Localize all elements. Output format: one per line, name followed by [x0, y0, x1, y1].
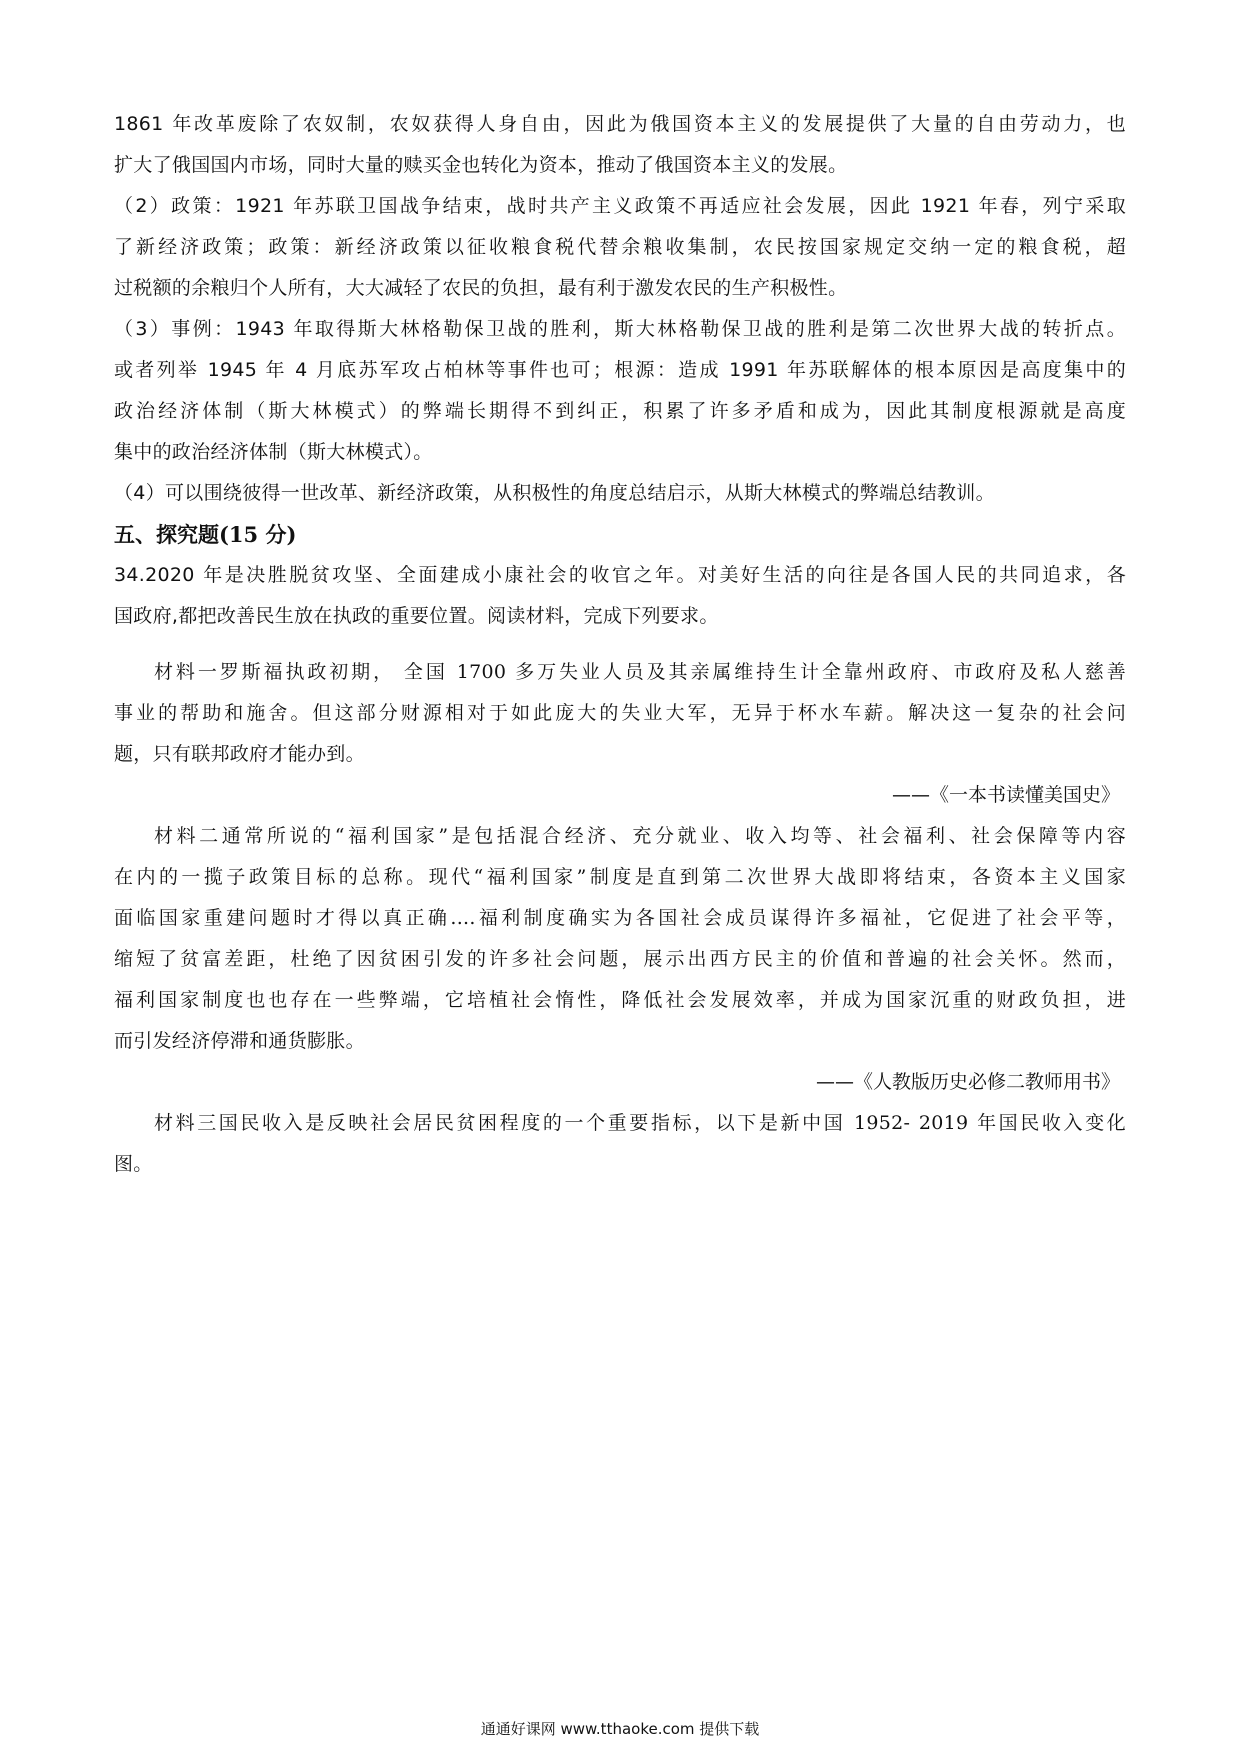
text-line: 材料二通常所说的“福利国家”是包括混合经济、充分就业、收入均等、社会福利、社会保…: [114, 816, 1126, 857]
material-1: 材料一罗斯福执政初期， 全国 1700 多万失业人员及其亲属维持生计全靠州政府、…: [114, 652, 1126, 775]
text-line: 国政府,都把改善民生放在执政的重要位置。阅读材料，完成下列要求。: [114, 596, 1126, 637]
answer-part4: （4）可以围绕彼得一世改革、新经济政策，从积极性的角度总结启示，从斯大林模式的弊…: [114, 473, 1126, 514]
text-line: （3）事例：1943 年取得斯大林格勒保卫战的胜利，斯大林格勒保卫战的胜利是第二…: [114, 309, 1126, 350]
text-line: 扩大了俄国国内市场，同时大量的赎买金也转化为资本，推动了俄国资本主义的发展。: [114, 145, 1126, 186]
text-line: 而引发经济停滞和通货膨胀。: [114, 1021, 1126, 1062]
text-line: 在内的一揽子政策目标的总称。现代“福利国家”制度是直到第二次世界大战即将结束，各…: [114, 857, 1126, 898]
text-line: 集中的政治经济体制（斯大林模式）。: [114, 432, 1126, 473]
answer-part2: （2）政策：1921 年苏联卫国战争结束，战时共产主义政策不再适应社会发展，因此…: [114, 186, 1126, 309]
text-line: 图。: [114, 1144, 1126, 1185]
text-line: 材料一罗斯福执政初期， 全国 1700 多万失业人员及其亲属维持生计全靠州政府、…: [114, 652, 1126, 693]
text-line: 政治经济体制（斯大林模式）的弊端长期得不到纠正，积累了许多矛盾和成为，因此其制度…: [114, 391, 1126, 432]
text-line: （4）可以围绕彼得一世改革、新经济政策，从积极性的角度总结启示，从斯大林模式的弊…: [114, 473, 1126, 514]
text-line: 面临国家重建问题时才得以真正确....福利制度确实为各国社会成员谋得许多福祉，它…: [114, 898, 1126, 939]
answer-part1-continued: 1861 年改革废除了农奴制，农奴获得人身自由，因此为俄国资本主义的发展提供了大…: [114, 104, 1126, 186]
text-line: 材料三国民收入是反映社会居民贫困程度的一个重要指标，以下是新中国 1952- 2…: [114, 1103, 1126, 1144]
text-line: （2）政策：1921 年苏联卫国战争结束，战时共产主义政策不再适应社会发展，因此…: [114, 186, 1126, 227]
footer-watermark: 通通好课网 www.tthaoke.com 提供下载: [0, 1718, 1240, 1739]
section-heading: 五、探究题(15 分): [114, 514, 1126, 555]
text-line: 了新经济政策；政策：新经济政策以征收粮食税代替余粮收集制，农民按国家规定交纳一定…: [114, 227, 1126, 268]
text-line: 事业的帮助和施舍。但这部分财源相对于如此庞大的失业大军，无异于杯水车薪。解决这一…: [114, 693, 1126, 734]
text-line: 缩短了贫富差距，杜绝了因贫困引发的许多社会问题，展示出西方民主的价值和普遍的社会…: [114, 939, 1126, 980]
material-1-source: ——《一本书读懂美国史》: [114, 775, 1126, 816]
text-line: 或者列举 1945 年 4 月底苏军攻占柏林等事件也可；根源：造成 1991 年…: [114, 350, 1126, 391]
text-line: 1861 年改革废除了农奴制，农奴获得人身自由，因此为俄国资本主义的发展提供了大…: [114, 104, 1126, 145]
question-34-stem: 34.2020 年是决胜脱贫攻坚、全面建成小康社会的收官之年。对美好生活的向往是…: [114, 555, 1126, 637]
material-3: 材料三国民收入是反映社会居民贫困程度的一个重要指标，以下是新中国 1952- 2…: [114, 1103, 1126, 1185]
text-line: 34.2020 年是决胜脱贫攻坚、全面建成小康社会的收官之年。对美好生活的向往是…: [114, 555, 1126, 596]
text-line: 福利国家制度也也存在一些弊端，它培植社会惰性，降低社会发展效率，并成为国家沉重的…: [114, 980, 1126, 1021]
material-2-source: ——《人教版历史必修二教师用书》: [114, 1062, 1126, 1103]
document-page: 1861 年改革废除了农奴制，农奴获得人身自由，因此为俄国资本主义的发展提供了大…: [114, 104, 1126, 1185]
answer-part3: （3）事例：1943 年取得斯大林格勒保卫战的胜利，斯大林格勒保卫战的胜利是第二…: [114, 309, 1126, 473]
text-line: 过税额的余粮归个人所有，大大减轻了农民的负担，最有利于激发农民的生产积极性。: [114, 268, 1126, 309]
material-2: 材料二通常所说的“福利国家”是包括混合经济、充分就业、收入均等、社会福利、社会保…: [114, 816, 1126, 1062]
spacer: [114, 637, 1126, 652]
text-line: 题，只有联邦政府才能办到。: [114, 734, 1126, 775]
